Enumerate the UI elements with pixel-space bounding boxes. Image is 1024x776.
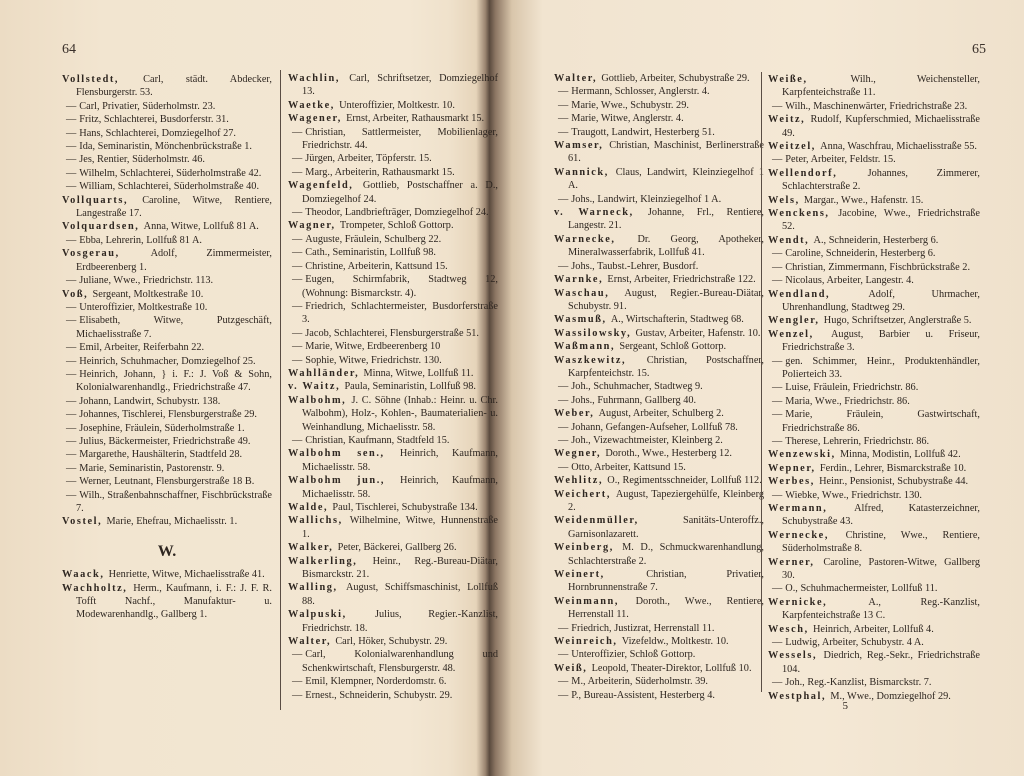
entry-surname: Wermann,	[768, 503, 854, 514]
directory-entry: —Ludwig, Arbeiter, Schubystr. 4 A.	[768, 636, 980, 649]
ditto-dash: —	[292, 234, 302, 245]
entry-details: Ernest., Schneiderin, Schubystr. 29.	[305, 690, 452, 701]
directory-entry: —Emil, Arbeiter, Reiferbahn 22.	[62, 341, 272, 354]
ditto-dash: —	[66, 342, 76, 353]
directory-entry: —Marie, Seminaristin, Pastorenstr. 9.	[62, 462, 272, 475]
entry-details: Carl, Kolonialwarenhandlung und Schenkwi…	[302, 649, 498, 673]
left-page: 64 Vollstedt, Carl, städt. Abdecker, Fle…	[0, 0, 490, 776]
directory-entry: Wernecke, Christine, Wwe., Rentiere, Süd…	[768, 529, 980, 556]
entry-details: William, Schlachterei, Süderholmstraße 4…	[79, 181, 259, 192]
directory-entry: —Jürgen, Arbeiter, Töpferstr. 15.	[288, 152, 498, 165]
entry-surname: Wasmuß,	[554, 314, 611, 325]
entry-details: Marie, Wwe., Schubystr. 29.	[571, 100, 689, 111]
ditto-dash: —	[558, 623, 568, 634]
entry-surname: Weitz,	[768, 114, 810, 125]
directory-entry: Wehlitz, O., Regimentsschneider, Lollfuß…	[554, 474, 764, 487]
entry-details: Sophie, Witwe, Friedrichstr. 130.	[305, 355, 441, 366]
entry-details: Peter, Bäckerei, Gallberg 26.	[338, 542, 457, 553]
directory-entry: Wassilowsky, Gustav, Arbeiter, Hafenstr.…	[554, 327, 764, 340]
directory-entry: Wagenfeld, Gottlieb, Postschaffner a. D.…	[288, 179, 498, 206]
entry-surname: Wenckens,	[768, 208, 838, 219]
ditto-dash: —	[66, 423, 76, 434]
entry-details: Otto, Arbeiter, Kattsund 15.	[571, 462, 686, 473]
ditto-dash: —	[558, 194, 568, 205]
directory-entry: —Ernest., Schneiderin, Schubystr. 29.	[288, 689, 498, 702]
directory-entry: —Heinrich, Johann, } i. F.: J. Voß & Soh…	[62, 368, 272, 395]
entry-details: Ida, Seminaristin, Mönchenbrückstraße 1.	[79, 141, 252, 152]
column-divider	[761, 72, 762, 692]
entry-surname: Wessels,	[768, 650, 824, 661]
directory-entry: —Fritz, Schlachterei, Busdorferstr. 31.	[62, 113, 272, 126]
entry-surname: Wendland,	[768, 289, 868, 300]
entry-surname: Wellendorf,	[768, 168, 868, 179]
ditto-dash: —	[66, 114, 76, 125]
entry-details: Traugott, Landwirt, Hesterberg 51.	[571, 127, 715, 138]
directory-entry: —Marie, Wwe., Schubystr. 29.	[554, 99, 764, 112]
directory-entry: —Elisabeth, Witwe, Putzgeschäft, Michael…	[62, 314, 272, 341]
directory-entry: Wagener, Ernst, Arbeiter, Rathausmarkt 1…	[288, 112, 498, 125]
directory-entry: Wendt, A., Schneiderin, Hesterberg 6.	[768, 234, 980, 247]
directory-entry: Weitzel, Anna, Waschfrau, Michaelisstraß…	[768, 140, 980, 153]
entry-surname: Walter,	[288, 636, 335, 647]
entry-details: Johs., Landwirt, Kleinziegelhof 1 A.	[571, 194, 721, 205]
entry-surname: Walbohm sen.,	[288, 448, 400, 459]
directory-entry: v. Warneck, Johanne, Frl., Rentiere, Lan…	[554, 206, 764, 233]
entry-details: Sergeant, Moltkestraße 10.	[93, 289, 204, 300]
entry-details: Hugo, Schriftsetzer, Anglerstraße 5.	[824, 315, 972, 326]
right-page: 65 Walter, Gottlieb, Arbeiter, Schubystr…	[500, 0, 1024, 776]
directory-column: Walter, Gottlieb, Arbeiter, Schubystraße…	[554, 72, 764, 702]
ditto-dash: —	[772, 356, 782, 367]
directory-entry: Weinreich, Vizefeldw., Moltkestr. 10.	[554, 635, 764, 648]
entry-details: Emil, Arbeiter, Reiferbahn 22.	[79, 342, 204, 353]
directory-entry: —Werner, Leutnant, Flensburgerstraße 18 …	[62, 475, 272, 488]
directory-entry: —Unteroffizier, Schloß Gottorp.	[554, 648, 764, 661]
directory-entry: —Marie, Witwe, Erdbeerenberg 10	[288, 340, 498, 353]
ditto-dash: —	[66, 181, 76, 192]
directory-entry: Weinert, Christian, Privatier, Hornbrunn…	[554, 568, 764, 595]
entry-surname: Vollstedt,	[62, 74, 143, 85]
directory-entry: Vollquarts, Caroline, Witwe, Rentiere, L…	[62, 194, 272, 221]
ditto-dash: —	[292, 328, 302, 339]
directory-entry: —Friedrich, Schlachtermeister, Busdorfer…	[288, 300, 498, 327]
ditto-dash: —	[558, 381, 568, 392]
directory-entry: —Ebba, Lehrerin, Lollfuß 81 A.	[62, 234, 272, 247]
entry-details: Paul, Tischlerei, Schubystraße 134.	[332, 502, 477, 513]
page-number: 64	[62, 42, 76, 58]
directory-entry: v. Waitz, Paula, Seminaristin, Lollfuß 9…	[288, 380, 498, 393]
entry-details: Johannes, Tischlerei, Flensburgerstraße …	[79, 409, 257, 420]
ditto-dash: —	[292, 207, 302, 218]
entry-surname: Wenzewski,	[768, 449, 840, 460]
directory-entry: Weinberg, M. D., Schmuckwarenhandlung, S…	[554, 541, 764, 568]
entry-details: Christian, Sattlermeister, Mobilienlager…	[302, 127, 498, 151]
ditto-dash: —	[66, 168, 76, 179]
directory-entry: —Wiebke, Wwe., Friedrichstr. 130.	[768, 489, 980, 502]
directory-entry: —Caroline, Schneiderin, Hesterberg 6.	[768, 247, 980, 260]
entry-details: Henriette, Witwe, Michaelisstraße 41.	[109, 569, 265, 580]
ditto-dash: —	[292, 355, 302, 366]
directory-entry: Walde, Paul, Tischlerei, Schubystraße 13…	[288, 501, 498, 514]
directory-entry: —gen. Schimmer, Heinr., Produktenhändler…	[768, 355, 980, 382]
ditto-dash: —	[772, 382, 782, 393]
entry-details: Jes, Rentier, Süderholmstr. 46.	[79, 154, 205, 165]
ditto-dash: —	[66, 141, 76, 152]
entry-surname: Wesch,	[768, 624, 813, 635]
entry-surname: Waetke,	[288, 100, 339, 111]
directory-entry: Weinmann, Doroth., Wwe., Rentiere, Herre…	[554, 595, 764, 622]
entry-details: P., Bureau-Assistent, Hesterberg 4.	[571, 690, 715, 701]
entry-surname: Wels,	[768, 195, 804, 206]
entry-details: Heinrich, Schuhmacher, Domziegelhof 25.	[79, 356, 255, 367]
entry-details: Fritz, Schlachterei, Busdorferstr. 31.	[79, 114, 229, 125]
book-spread: 64 Vollstedt, Carl, städt. Abdecker, Fle…	[0, 0, 1024, 776]
entry-details: Joh., Vizewachtmeister, Kleinberg 2.	[571, 435, 723, 446]
directory-entry: —Hermann, Schlosser, Anglerstr. 4.	[554, 85, 764, 98]
ditto-dash: —	[66, 409, 76, 420]
ditto-dash: —	[558, 422, 568, 433]
entry-surname: Vosgerau,	[62, 248, 151, 259]
directory-entry: Volquardsen, Anna, Witwe, Lollfuß 81 A.	[62, 220, 272, 233]
entry-surname: Vollquarts,	[62, 195, 142, 206]
signature-mark: 5	[843, 700, 849, 712]
directory-entry: Wepner, Ferdin., Lehrer, Bismarckstraße …	[768, 462, 980, 475]
directory-entry: Weiß, Leopold, Theater-Direktor, Lollfuß…	[554, 662, 764, 675]
directory-entry: —Joh., Vizewachtmeister, Kleinberg 2.	[554, 434, 764, 447]
ditto-dash: —	[772, 262, 782, 273]
entry-surname: Werner,	[768, 557, 823, 568]
ditto-dash: —	[558, 690, 568, 701]
ditto-dash: —	[292, 649, 302, 660]
directory-entry: Werbes, Heinr., Pensionist, Schubystraße…	[768, 475, 980, 488]
entry-list: Weiße, Wilh., Weichensteller, Karpfentei…	[768, 73, 980, 703]
ditto-dash: —	[772, 101, 782, 112]
directory-entry: —Christine, Arbeiterin, Kattsund 15.	[288, 260, 498, 273]
ditto-dash: —	[66, 436, 76, 447]
directory-entry: —Peter, Arbeiter, Feldstr. 15.	[768, 153, 980, 166]
entry-surname: Voß,	[62, 289, 93, 300]
directory-entry: —Auguste, Fräulein, Schulberg 22.	[288, 233, 498, 246]
ditto-dash: —	[772, 275, 782, 286]
entry-surname: Walling,	[288, 582, 346, 593]
entry-details: Christine, Arbeiterin, Kattsund 15.	[305, 261, 447, 272]
entry-surname: Weiß,	[554, 663, 592, 674]
entry-surname: Wehlitz,	[554, 475, 607, 486]
ditto-dash: —	[558, 462, 568, 473]
entry-details: Ebba, Lehrerin, Lollfuß 81 A.	[79, 235, 202, 246]
entry-details: Auguste, Fräulein, Schulberg 22.	[305, 234, 441, 245]
directory-entry: —O., Schuhmachermeister, Lollfuß 11.	[768, 582, 980, 595]
ditto-dash: —	[292, 247, 302, 258]
entry-details: Ernst, Arbeiter, Friedrichstraße 122.	[607, 274, 755, 285]
directory-entry: —Ida, Seminaristin, Mönchenbrückstraße 1…	[62, 140, 272, 153]
entry-surname: Wallichs,	[288, 515, 350, 526]
entry-details: Trompeter, Schloß Gottorp.	[340, 220, 454, 231]
directory-entry: —Christian, Zimmermann, Fischbrückstraße…	[768, 261, 980, 274]
entry-surname: Walbohm jun.,	[288, 475, 400, 486]
ditto-dash: —	[66, 463, 76, 474]
entry-details: Julius, Bäckermeister, Friedrichstraße 4…	[79, 436, 250, 447]
ditto-dash: —	[292, 676, 302, 687]
directory-entry: Werner, Caroline, Pastoren-Witwe, Gallbe…	[768, 556, 980, 583]
entry-details: Minna, Modistin, Lollfuß 42.	[840, 449, 961, 460]
entry-surname: Wagener,	[288, 113, 346, 124]
entry-surname: v. Waitz,	[288, 381, 344, 392]
entry-surname: Wenzel,	[768, 329, 831, 340]
entry-surname: Wendt,	[768, 235, 814, 246]
directory-entry: —Traugott, Landwirt, Hesterberg 51.	[554, 126, 764, 139]
ditto-dash: —	[772, 248, 782, 259]
entry-details: Marg., Arbeiterin, Rathausmarkt 15.	[305, 167, 454, 178]
directory-entry: —Johann, Gefangen-Aufseher, Lollfuß 78.	[554, 421, 764, 434]
directory-entry: —P., Bureau-Assistent, Hesterberg 4.	[554, 689, 764, 702]
directory-entry: Westphal, M., Wwe., Domziegelhof 29.	[768, 690, 980, 703]
entry-details: A., Schneiderin, Hesterberg 6.	[814, 235, 939, 246]
entry-surname: Weichert,	[554, 489, 616, 500]
directory-entry: —Johs., Fuhrmann, Gallberg 40.	[554, 394, 764, 407]
ditto-dash: —	[292, 341, 302, 352]
directory-entry: —Carl, Privatier, Süderholmstr. 23.	[62, 100, 272, 113]
entry-details: Friedrich, Justizrat, Herrenstall 11.	[571, 623, 714, 634]
ditto-dash: —	[66, 235, 76, 246]
entry-details: O., Schuhmachermeister, Lollfuß 11.	[785, 583, 937, 594]
directory-entry: Wachlin, Carl, Schriftsetzer, Domziegelh…	[288, 72, 498, 99]
entry-details: Peter, Arbeiter, Feldstr. 15.	[785, 154, 895, 165]
entry-surname: Weinert,	[554, 569, 646, 580]
entry-surname: Waszkewitz,	[554, 355, 647, 366]
entry-details: Jürgen, Arbeiter, Töpferstr. 15.	[305, 153, 431, 164]
directory-entry: Weitz, Rudolf, Kupferschmied, Michaeliss…	[768, 113, 980, 140]
entry-surname: Werbes,	[768, 476, 819, 487]
directory-entry: —Sophie, Witwe, Friedrichstr. 130.	[288, 354, 498, 367]
entry-details: Unteroffizier, Moltkestraße 10.	[79, 302, 207, 313]
entry-surname: Warnke,	[554, 274, 607, 285]
entry-details: Eugen, Schirmfabrik, Stadtweg 12, (Wohnu…	[302, 274, 498, 298]
ditto-dash: —	[292, 153, 302, 164]
directory-entry: Wengler, Hugo, Schriftsetzer, Anglerstra…	[768, 314, 980, 327]
page-number: 65	[972, 42, 986, 58]
directory-entry: Vollstedt, Carl, städt. Abdecker, Flensb…	[62, 73, 272, 100]
entry-surname: Waßmann,	[554, 341, 619, 352]
entry-details: Heinrich, Johann, } i. F.: J. Voß & Sohn…	[76, 369, 272, 393]
entry-surname: Wagenfeld,	[288, 180, 363, 191]
ditto-dash: —	[292, 261, 302, 272]
entry-details: Margarethe, Haushälterin, Stadtfeld 28.	[79, 449, 242, 460]
directory-entry: —Christian, Sattlermeister, Mobilienlage…	[288, 126, 498, 153]
entry-details: Caroline, Schneiderin, Hesterberg 6.	[785, 248, 935, 259]
ditto-dash: —	[558, 649, 568, 660]
directory-entry: Wallichs, Wilhelmine, Witwe, Hunnenstraß…	[288, 514, 498, 541]
ditto-dash: —	[66, 302, 76, 313]
directory-entry: Wasmuß, A., Wirtschafterin, Stadtweg 68.	[554, 313, 764, 326]
entry-surname: Weinreich,	[554, 636, 622, 647]
directory-entry: —Carl, Kolonialwarenhandlung und Schenkw…	[288, 648, 498, 675]
directory-entry: —Unteroffizier, Moltkestraße 10.	[62, 301, 272, 314]
entry-surname: Warnecke,	[554, 234, 637, 245]
entry-surname: Wernicke,	[768, 597, 868, 608]
directory-entry: Walling, August, Schiffsmaschinist, Loll…	[288, 581, 498, 608]
directory-entry: Wenckens, Jacobine, Wwe., Friedrichstraß…	[768, 207, 980, 234]
entry-surname: Volquardsen,	[62, 221, 144, 232]
directory-entry: —Johs., Landwirt, Kleinziegelhof 1 A.	[554, 193, 764, 206]
ditto-dash: —	[66, 490, 76, 501]
entry-surname: Vostel,	[62, 516, 106, 527]
directory-entry: —Marg., Arbeiterin, Rathausmarkt 15.	[288, 166, 498, 179]
entry-details: Leopold, Theater-Direktor, Lollfuß 10.	[592, 663, 752, 674]
directory-entry: —Emil, Klempner, Norderdomstr. 6.	[288, 675, 498, 688]
directory-entry: Wahlländer, Minna, Witwe, Lollfuß 11.	[288, 367, 498, 380]
entry-details: Therese, Lehrerin, Friedrichstr. 86.	[785, 436, 929, 447]
directory-entry: Walbohm, J. C. Söhne (Inhab.: Heinr. u. …	[288, 394, 498, 434]
directory-entry: —Theodor, Landbriefträger, Domziegelhof …	[288, 206, 498, 219]
directory-entry: Wagner, Trompeter, Schloß Gottorp.	[288, 219, 498, 232]
entry-surname: Wamser,	[554, 140, 609, 151]
directory-entry: Wenzewski, Minna, Modistin, Lollfuß 42.	[768, 448, 980, 461]
entry-surname: Weitzel,	[768, 141, 820, 152]
entry-surname: Waack,	[62, 569, 109, 580]
ditto-dash: —	[772, 396, 782, 407]
entry-details: Friedrich, Schlachtermeister, Busdorfers…	[302, 301, 498, 325]
directory-entry: —Christian, Kaufmann, Stadtfeld 15.	[288, 434, 498, 447]
directory-entry: —Wilhelm, Schlachterei, Süderholmstraße …	[62, 167, 272, 180]
directory-entry: Walbohm jun., Heinrich, Kaufmann, Michae…	[288, 474, 498, 501]
entry-details: Marie, Seminaristin, Pastorenstr. 9.	[79, 463, 224, 474]
entry-details: Heinrich, Arbeiter, Lollfuß 4.	[813, 624, 934, 635]
ditto-dash: —	[292, 274, 302, 285]
entry-list: Wachlin, Carl, Schriftsetzer, Domziegelh…	[288, 72, 498, 702]
directory-entry: Wannick, Claus, Landwirt, Kleinziegelhof…	[554, 166, 764, 193]
ditto-dash: —	[66, 154, 76, 165]
entry-details: Marie, Witwe, Anglerstr. 4.	[571, 113, 683, 124]
entry-details: A., Wirtschafterin, Stadtweg 68.	[611, 314, 744, 325]
entry-surname: Weidenmüller,	[554, 515, 683, 526]
directory-entry: Walter, Gottlieb, Arbeiter, Schubystraße…	[554, 72, 764, 85]
entry-details: O., Regimentsschneider, Lollfuß 112.	[607, 475, 762, 486]
directory-entry: Weichert, August, Tapeziergehülfe, Klein…	[554, 488, 764, 515]
entry-surname: Walter,	[554, 73, 601, 84]
directory-entry: —William, Schlachterei, Süderholmstraße …	[62, 180, 272, 193]
directory-entry: Wachholtz, Herm., Kaufmann, i. F.: J. F.…	[62, 582, 272, 622]
ditto-dash: —	[558, 127, 568, 138]
entry-surname: Westphal,	[768, 691, 830, 702]
entry-details: Johs., Taubst.-Lehrer, Busdorf.	[571, 261, 698, 272]
directory-entry: —Johannes, Tischlerei, Flensburgerstraße…	[62, 408, 272, 421]
entry-details: Vizefeldw., Moltkestr. 10.	[622, 636, 729, 647]
entry-surname: Walpuski,	[288, 609, 375, 620]
ditto-dash: —	[558, 435, 568, 446]
directory-entry: —Juliane, Wwe., Friedrichstr. 113.	[62, 274, 272, 287]
entry-surname: Weber,	[554, 408, 599, 419]
entry-surname: Wagner,	[288, 220, 340, 231]
directory-entry: —Marie, Witwe, Anglerstr. 4.	[554, 112, 764, 125]
directory-entry: Vostel, Marie, Ehefrau, Michaelisstr. 1.	[62, 515, 272, 528]
directory-entry: Walbohm sen., Heinrich, Kaufmann, Michae…	[288, 447, 498, 474]
ditto-dash: —	[772, 409, 782, 420]
entry-details: Emil, Klempner, Norderdomstr. 6.	[305, 676, 446, 687]
ditto-dash: —	[558, 395, 568, 406]
entry-details: Maria, Wwe., Friedrichstr. 86.	[785, 396, 910, 407]
ditto-dash: —	[66, 275, 76, 286]
entry-details: Ernst, Arbeiter, Rathausmarkt 15.	[346, 113, 484, 124]
entry-surname: Walker,	[288, 542, 338, 553]
ditto-dash: —	[66, 315, 76, 326]
directory-entry: —Maria, Wwe., Friedrichstr. 86.	[768, 395, 980, 408]
entry-list: Vollstedt, Carl, städt. Abdecker, Flensb…	[62, 73, 272, 529]
entry-surname: Wernecke,	[768, 530, 846, 541]
entry-details: Hans, Schlachterei, Domziegelhof 27.	[79, 128, 236, 139]
ditto-dash: —	[66, 369, 76, 380]
entry-details: Josephine, Fräulein, Süderholmstraße 1.	[79, 423, 244, 434]
directory-entry: —Nicolaus, Arbeiter, Langestr. 4.	[768, 274, 980, 287]
directory-entry: —Jes, Rentier, Süderholmstr. 46.	[62, 153, 272, 166]
directory-entry: —Wilh., Maschinenwärter, Friedrichstraße…	[768, 100, 980, 113]
entry-surname: Walkerling,	[288, 556, 373, 567]
ditto-dash: —	[66, 101, 76, 112]
directory-entry: Waschau, August, Regier.-Bureau-Diätar, …	[554, 287, 764, 314]
directory-entry: —Johann, Landwirt, Schubystr. 138.	[62, 395, 272, 408]
directory-entry: Waszkewitz, Christian, Postschaffner, Ka…	[554, 354, 764, 381]
entry-list: Walter, Gottlieb, Arbeiter, Schubystraße…	[554, 72, 764, 702]
entry-details: Marie, Ehefrau, Michaelisstr. 1.	[106, 516, 237, 527]
directory-entry: Wernicke, A., Reg.-Kanzlist, Karpfenteic…	[768, 596, 980, 623]
entry-details: Ludwig, Arbeiter, Schubystr. 4 A.	[785, 637, 924, 648]
entry-surname: Waschau,	[554, 288, 624, 299]
directory-entry: Wessels, Diedrich, Reg.-Sekr., Friedrich…	[768, 649, 980, 676]
directory-entry: Waetke, Unteroffizier, Moltkestr. 10.	[288, 99, 498, 112]
entry-surname: Wahlländer,	[288, 368, 363, 379]
entry-details: Luise, Fräulein, Friedrichstr. 86.	[785, 382, 918, 393]
ditto-dash: —	[558, 100, 568, 111]
ditto-dash: —	[772, 677, 782, 688]
entry-details: August, Arbeiter, Schulberg 2.	[599, 408, 724, 419]
entry-details: Rudolf, Kupferschmied, Michaelisstraße 4…	[782, 114, 980, 138]
directory-entry: Wegner, Doroth., Wwe., Hesterberg 12.	[554, 447, 764, 460]
entry-details: Marie, Witwe, Erdbeerenberg 10	[305, 341, 440, 352]
ditto-dash: —	[292, 301, 302, 312]
ditto-dash: —	[66, 396, 76, 407]
entry-details: Unteroffizier, Schloß Gottorp.	[571, 649, 695, 660]
entry-list: Waack, Henriette, Witwe, Michaelisstraße…	[62, 568, 272, 622]
entry-details: Werner, Leutnant, Flensburgerstraße 18 B…	[79, 476, 254, 487]
directory-entry: Weidenmüller, Sanitäts-Unteroffz., Garni…	[554, 514, 764, 541]
directory-entry: Vosgerau, Adolf, Zimmermeister, Erdbeere…	[62, 247, 272, 274]
directory-entry: Warnecke, Dr. Georg, Apotheker, Mineralw…	[554, 233, 764, 260]
directory-entry: Wesch, Heinrich, Arbeiter, Lollfuß 4.	[768, 623, 980, 636]
directory-entry: —Luise, Fräulein, Friedrichstr. 86.	[768, 381, 980, 394]
directory-entry: Walpuski, Julius, Regier.-Kanzlist, Frie…	[288, 608, 498, 635]
directory-entry: —Otto, Arbeiter, Kattsund 15.	[554, 461, 764, 474]
directory-entry: Wels, Margar., Wwe., Hafenstr. 15.	[768, 194, 980, 207]
entry-details: Carl, Höker, Schubystr. 29.	[335, 636, 447, 647]
ditto-dash: —	[292, 127, 302, 138]
entry-details: Jacob, Schlachterei, Flensburgerstraße 5…	[305, 328, 479, 339]
entry-surname: Weinmann,	[554, 596, 636, 607]
ditto-dash: —	[66, 449, 76, 460]
directory-entry: Wenzel, August, Barbier u. Friseur, Frie…	[768, 328, 980, 355]
directory-entry: Walter, Carl, Höker, Schubystr. 29.	[288, 635, 498, 648]
ditto-dash: —	[558, 113, 568, 124]
entry-details: Hermann, Schlosser, Anglerstr. 4.	[571, 86, 709, 97]
ditto-dash: —	[66, 128, 76, 139]
ditto-dash: —	[66, 476, 76, 487]
entry-details: Johann, Landwirt, Schubystr. 138.	[79, 396, 220, 407]
directory-entry: Wermann, Alfred, Katasterzeichner, Schub…	[768, 502, 980, 529]
entry-details: Paula, Seminaristin, Lollfuß 98.	[344, 381, 476, 392]
entry-details: Nicolaus, Arbeiter, Langestr. 4.	[785, 275, 914, 286]
directory-column: Weiße, Wilh., Weichensteller, Karpfentei…	[768, 73, 980, 703]
entry-surname: Wachholtz,	[62, 583, 133, 594]
entry-details: Wiebke, Wwe., Friedrichstr. 130.	[785, 490, 922, 501]
